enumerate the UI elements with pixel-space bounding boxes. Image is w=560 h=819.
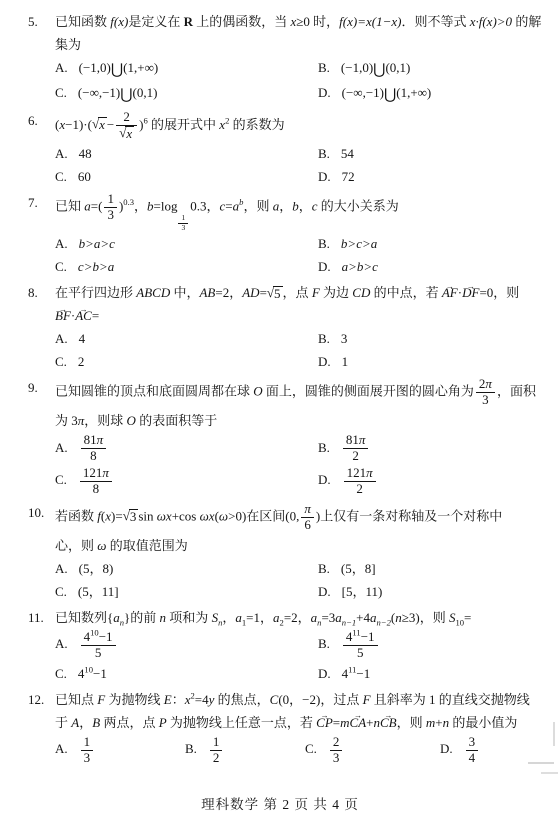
option-label: B. (318, 440, 330, 455)
option-10-D: D.[5，11) (291, 580, 554, 603)
option-10-A: A.(5，8) (28, 557, 291, 580)
option-12-B: B.12 (185, 734, 305, 767)
question-9: 9. 已知圆锥的顶点和底面圆周都在球 O 面上，圆锥的侧面展开图的圆心角为2π3… (28, 376, 554, 498)
option-value: 60 (78, 169, 91, 184)
option-8-B: B.3 (291, 327, 554, 350)
option-value: 410−1 (78, 666, 107, 681)
question-text: 在平行四边形 ABCD 中，AB=2，AD=√5，点 F 为边 CD 的中点，若… (55, 281, 554, 304)
option-value: 12 (208, 741, 225, 756)
option-11-C: C.410−1 (28, 662, 291, 685)
option-value: 121π2 (342, 472, 378, 487)
option-label: A. (55, 636, 68, 651)
option-value: 410−15 (79, 636, 118, 651)
option-label: C. (55, 472, 67, 487)
question-text-continued: BF·AC= (55, 304, 554, 327)
options-grid: A.410−15 B.411−15 C.410−1 D.411−1 (28, 629, 554, 685)
option-5-D: D.(−∞,−1)⋃(1,+∞) (291, 81, 554, 106)
option-label: B. (185, 741, 197, 756)
options-grid: A.b>a>c B.b>c>a C.c>b>a D.a>b>c (28, 232, 554, 278)
option-5-A: A.(−1,0)⋃(1,+∞) (28, 56, 291, 81)
question-text: 已知函数 f(x)是定义在 R 上的偶函数，当 x≥0 时，f(x)=x(1−x… (55, 10, 554, 33)
options-grid: A.48 B.54 C.60 D.72 (28, 142, 554, 188)
option-value: [5，11) (342, 584, 383, 599)
option-label: D. (318, 354, 331, 369)
options-grid: A.4 B.3 C.2 D.1 (28, 327, 554, 373)
option-value: 4 (79, 331, 86, 346)
question-text: (x−1)·(√x−2√x)6 的展开式中 x2 的系数为 (55, 109, 554, 143)
option-value: a>b>c (342, 259, 378, 274)
option-value: (5，11] (78, 584, 119, 599)
option-value: 72 (342, 169, 355, 184)
option-value: (−∞,−1)⋃(0,1) (78, 85, 158, 100)
question-6: 6. (x−1)·(√x−2√x)6 的展开式中 x2 的系数为 A.48 B.… (28, 109, 554, 189)
option-label: D. (318, 666, 331, 681)
option-9-B: B.81π2 (291, 432, 554, 465)
option-value: 2 (78, 354, 85, 369)
option-10-C: C.(5，11] (28, 580, 291, 603)
option-label: C. (55, 169, 67, 184)
option-label: A. (55, 146, 68, 161)
option-value: (−1,0)⋃(0,1) (341, 60, 410, 75)
option-value: (−∞,−1)⋃(1,+∞) (342, 85, 432, 100)
option-7-A: A.b>a>c (28, 232, 291, 255)
option-label: B. (318, 146, 330, 161)
option-12-A: A.13 (55, 734, 185, 767)
question-text-continued: 集为 (55, 33, 554, 56)
option-label: A. (55, 741, 68, 756)
option-8-A: A.4 (28, 327, 291, 350)
option-value: 34 (464, 741, 481, 756)
option-label: B. (318, 561, 330, 576)
exam-paper-page: 5. 已知函数 f(x)是定义在 R 上的偶函数，当 x≥0 时，f(x)=x(… (0, 0, 560, 819)
question-number: 11. (28, 606, 55, 629)
option-value: 48 (79, 146, 92, 161)
option-value: 411−1 (342, 666, 371, 681)
options-grid: A.(5，8) B.(5，8] C.(5，11] D.[5，11) (28, 557, 554, 603)
options-grid: A.(−1,0)⋃(1,+∞) B.(−1,0)⋃(0,1) C.(−∞,−1)… (28, 56, 554, 106)
option-10-B: B.(5，8] (291, 557, 554, 580)
option-12-C: C.23 (305, 734, 440, 767)
option-label: B. (318, 236, 330, 251)
option-value: b>c>a (341, 236, 377, 251)
option-7-B: B.b>c>a (291, 232, 554, 255)
question-text: 已知圆锥的顶点和底面圆周都在球 O 面上，圆锥的侧面展开图的圆心角为2π3，面积 (55, 376, 554, 409)
question-text: 已知 a=(13)0.3，b=log130.3，c=ab，则 a，b，c 的大小… (55, 191, 554, 232)
option-11-A: A.410−15 (28, 629, 291, 662)
option-value: 54 (341, 146, 354, 161)
option-11-D: D.411−1 (291, 662, 554, 685)
question-8: 8. 在平行四边形 ABCD 中，AB=2，AD=√5，点 F 为边 CD 的中… (28, 281, 554, 373)
option-label: C. (55, 584, 67, 599)
option-label: C. (55, 85, 67, 100)
question-text-continued: 于 A，B 两点，点 P 为抛物线上任意一点，若 CP=mCA+nCB，则 m+… (55, 711, 554, 734)
question-number: 9. (28, 376, 55, 399)
option-value: 121π8 (78, 472, 114, 487)
option-label: C. (55, 666, 67, 681)
option-label: D. (318, 472, 331, 487)
question-text: 若函数 f(x)=√3sin ωx+cos ωx(ω>0)在区间(0,π6)上仅… (55, 501, 554, 534)
option-label: D. (318, 259, 331, 274)
question-11: 11. 已知数列{an}的前 n 项和为 Sn，a1=1，a2=2，an=3an… (28, 606, 554, 685)
option-value: 23 (328, 741, 345, 756)
option-label: C. (305, 741, 317, 756)
question-number: 10. (28, 501, 55, 524)
option-7-C: C.c>b>a (28, 255, 291, 278)
option-7-D: D.a>b>c (291, 255, 554, 278)
question-number: 6. (28, 109, 55, 132)
option-label: B. (318, 331, 330, 346)
scan-artifact (541, 772, 558, 774)
question-number: 5. (28, 10, 55, 33)
option-label: D. (318, 169, 331, 184)
option-label: D. (440, 741, 453, 756)
option-value: 1 (342, 354, 349, 369)
option-5-B: B.(−1,0)⋃(0,1) (291, 56, 554, 81)
option-label: B. (318, 60, 330, 75)
option-6-B: B.54 (291, 142, 554, 165)
option-6-C: C.60 (28, 165, 291, 188)
option-label: D. (318, 584, 331, 599)
question-10: 10. 若函数 f(x)=√3sin ωx+cos ωx(ω>0)在区间(0,π… (28, 501, 554, 603)
question-text: 已知点 F 为抛物线 E：x2=4y 的焦点，C(0，−2)，过点 F 且斜率为… (55, 688, 554, 711)
question-number: 7. (28, 191, 55, 214)
option-label: A. (55, 561, 68, 576)
option-9-D: D.121π2 (291, 465, 554, 498)
question-text: 已知数列{an}的前 n 项和为 Sn，a1=1，a2=2，an=3an−1+4… (55, 606, 554, 629)
option-6-D: D.72 (291, 165, 554, 188)
option-5-C: C.(−∞,−1)⋃(0,1) (28, 81, 291, 106)
scan-artifact (528, 762, 554, 764)
option-label: A. (55, 60, 68, 75)
question-text-continued: 心，则 ω 的取值范围为 (55, 534, 554, 557)
option-11-B: B.411−15 (291, 629, 554, 662)
option-9-A: A.81π8 (28, 432, 291, 465)
option-value: (5，8) (79, 561, 114, 576)
option-label: B. (318, 636, 330, 651)
option-label: A. (55, 236, 68, 251)
option-value: 13 (79, 741, 96, 756)
option-label: C. (55, 259, 67, 274)
question-12: 12. 已知点 F 为抛物线 E：x2=4y 的焦点，C(0，−2)，过点 F … (28, 688, 554, 767)
option-label: D. (318, 85, 331, 100)
question-number: 12. (28, 688, 55, 711)
option-value: b>a>c (79, 236, 115, 251)
option-value: 411−15 (341, 636, 380, 651)
option-value: 81π8 (79, 440, 109, 455)
option-6-A: A.48 (28, 142, 291, 165)
option-value: 3 (341, 331, 348, 346)
page-footer: 理科数学 第 2 页 共 4 页 (0, 793, 560, 813)
option-8-D: D.1 (291, 350, 554, 373)
scan-artifact (553, 722, 555, 746)
question-number: 8. (28, 281, 55, 304)
options-grid: A.81π8 B.81π2 C.121π8 D.121π2 (28, 432, 554, 498)
options-row: A.13 B.12 C.23 D.34 (28, 734, 554, 767)
option-label: C. (55, 354, 67, 369)
option-label: A. (55, 440, 68, 455)
option-label: A. (55, 331, 68, 346)
option-8-C: C.2 (28, 350, 291, 373)
option-value: 81π2 (341, 440, 371, 455)
option-value: (5，8] (341, 561, 376, 576)
option-value: c>b>a (78, 259, 114, 274)
question-text-continued: 为 3π，则球 O 的表面积等于 (55, 409, 554, 432)
option-9-C: C.121π8 (28, 465, 291, 498)
option-value: (−1,0)⋃(1,+∞) (79, 60, 159, 75)
question-5: 5. 已知函数 f(x)是定义在 R 上的偶函数，当 x≥0 时，f(x)=x(… (28, 10, 554, 106)
question-7: 7. 已知 a=(13)0.3，b=log130.3，c=ab，则 a，b，c … (28, 191, 554, 278)
